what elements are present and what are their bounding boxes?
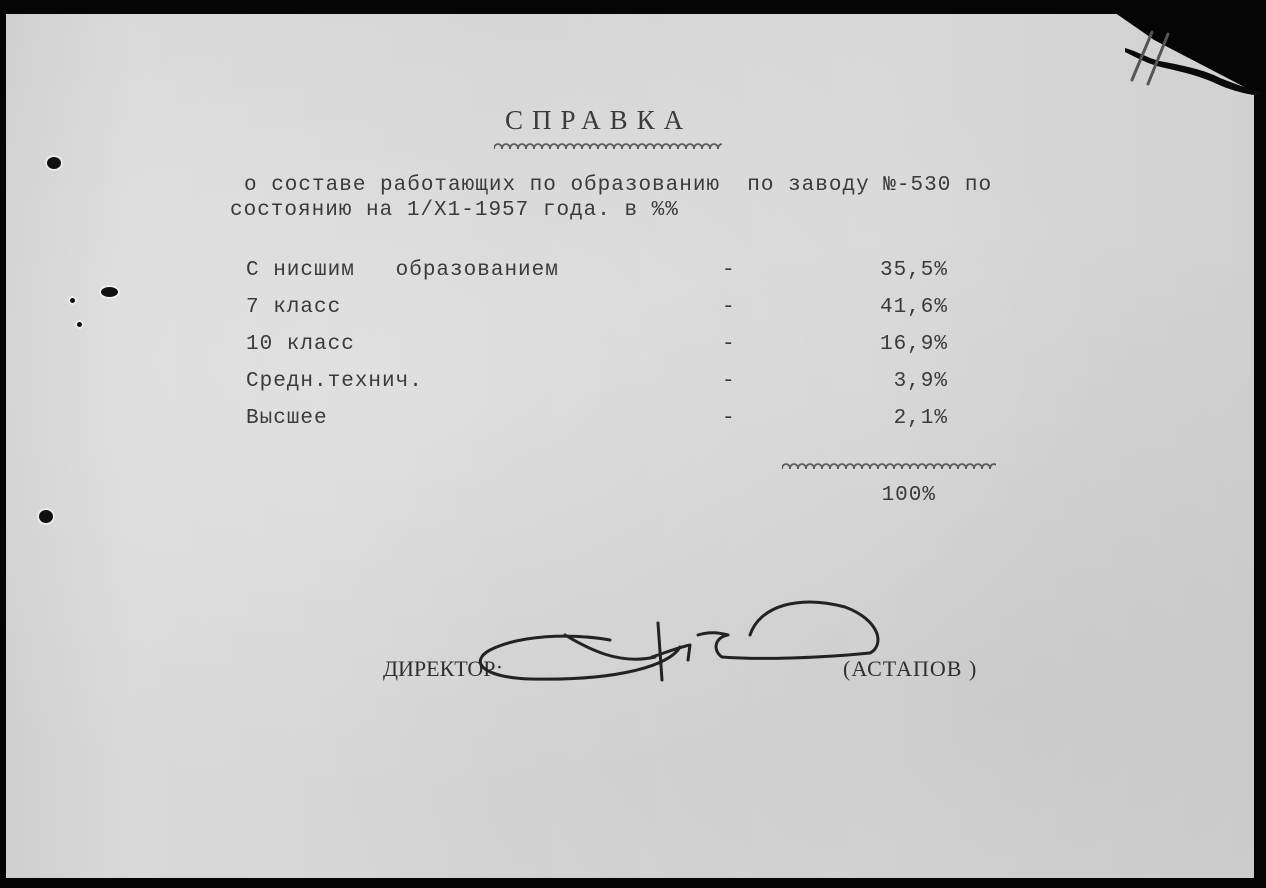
row-dash: - xyxy=(722,259,736,282)
row-dash: - xyxy=(722,407,736,430)
row-dash: - xyxy=(722,333,736,356)
row-value: 3,9% xyxy=(894,370,948,393)
document-title: СПРАВКА xyxy=(505,105,692,136)
intro-line-1: о составе работающих по образованию по з… xyxy=(244,174,992,197)
punch-hole xyxy=(47,157,61,169)
row-dash: - xyxy=(722,370,736,393)
punch-hole xyxy=(39,510,53,523)
row-value: 16,9% xyxy=(880,333,948,356)
scan-border xyxy=(0,878,1266,888)
total-underline xyxy=(782,463,996,469)
punch-hole xyxy=(101,287,118,297)
signer-name: (АСТАПОВ ) xyxy=(843,656,977,682)
handwritten-signature xyxy=(440,595,890,690)
row-label: С нисшим образованием xyxy=(246,259,559,282)
row-label: Средн.технич. xyxy=(246,370,423,393)
page-number-mark xyxy=(1122,28,1172,88)
total-value: 100% xyxy=(882,484,936,507)
row-value: 2,1% xyxy=(894,407,948,430)
row-label: 10 класс xyxy=(246,333,355,356)
row-value: 41,6% xyxy=(880,296,948,319)
row-label: Высшее xyxy=(246,407,328,430)
row-value: 35,5% xyxy=(880,259,948,282)
row-label: 7 класс xyxy=(246,296,341,319)
title-underline xyxy=(494,143,722,149)
punch-hole xyxy=(77,322,82,327)
punch-hole xyxy=(70,298,75,303)
intro-line-2: состоянию на 1/Х1-1957 года. в %% xyxy=(230,199,679,222)
row-dash: - xyxy=(722,296,736,319)
